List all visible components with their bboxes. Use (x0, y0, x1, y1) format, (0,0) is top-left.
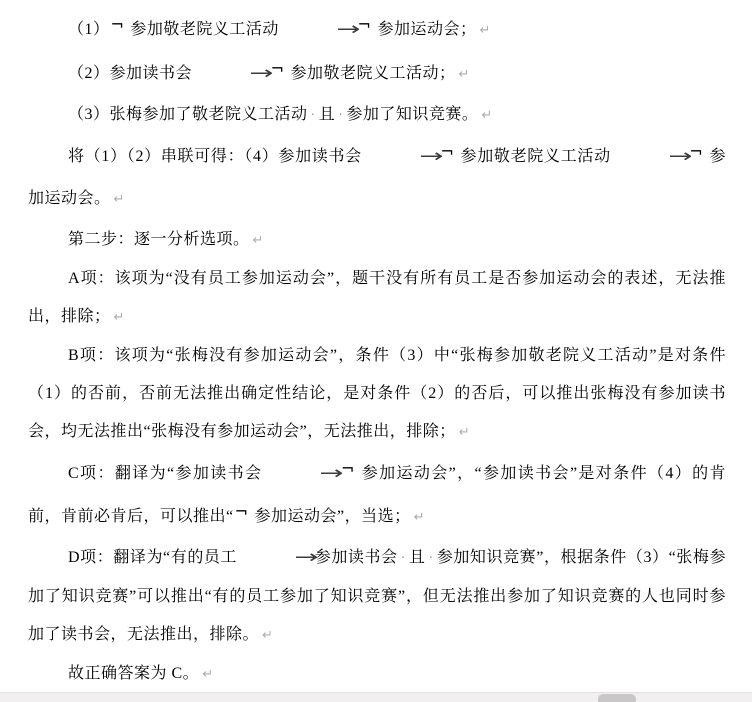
negation-symbol: ¬ (341, 459, 355, 478)
document-page: （1）¬参加敬老院义工活动→¬参加运动会；↵（2）参加读书会→¬参加敬老院义工活… (0, 0, 752, 702)
paragraph-mark: ↵ (202, 667, 213, 682)
text-run: 参加运动会”，当选； (255, 508, 411, 525)
paragraph-step-2: 第二步：逐一分析选项。↵ (28, 221, 726, 260)
paragraph-chain: 将（1）（2）串联可得：（4）参加读书会→¬参加敬老院义工活动→¬参加运动会。↵ (28, 135, 726, 221)
paragraph-mark: ↵ (253, 233, 264, 248)
paragraph-option-c: C项：翻译为“参加读书会→¬参加运动会”，“参加读书会”是对条件（4）的肯前，肯… (28, 452, 726, 539)
paragraph-mark: ↵ (262, 628, 273, 643)
text-run: C项：翻译为“参加读书会 (68, 465, 262, 482)
implies-arrow-icon: → (230, 539, 319, 577)
horizontal-scrollbar[interactable] (0, 692, 752, 702)
paragraph-cond-1: （1）¬参加敬老院义工活动→¬参加运动会；↵ (28, 8, 726, 52)
scrollbar-thumb[interactable] (598, 694, 636, 702)
paragraph-conclusion: 故正确答案为 C。↵ (28, 655, 726, 694)
negation-symbol: ¬ (235, 502, 249, 521)
paragraph-mark: ↵ (481, 108, 492, 123)
document-content: （1）¬参加敬老院义工活动→¬参加运动会；↵（2）参加读书会→¬参加敬老院义工活… (28, 8, 726, 694)
text-run: 且 (319, 106, 336, 123)
text-run: 参加敬老院义工活动 (130, 21, 279, 38)
space-dot: · (338, 108, 343, 123)
paragraph-mark: ↵ (414, 510, 425, 525)
implies-arrow-icon: → (185, 53, 274, 95)
text-run: 将（1）（2）串联可得：（4）参加读书会 (68, 148, 362, 165)
implies-arrow-icon: → (355, 136, 444, 178)
implies-arrow-icon: → (256, 453, 345, 495)
paragraph-cond-2: （2）参加读书会→¬参加敬老院义工活动；↵ (28, 52, 726, 96)
paragraph-option-b: B项：该项为“张梅没有参加运动会”，条件（3）中“张梅参加敬老院义工活动”是对条… (28, 337, 726, 452)
text-run: D项：翻译为“有的员工 (68, 549, 237, 566)
text-run: （1） (68, 21, 110, 38)
negation-symbol: ¬ (358, 15, 372, 34)
negation-symbol: ¬ (440, 142, 454, 161)
paragraph-mark: ↵ (114, 192, 125, 207)
text-run: 参加敬老院义工活动 (460, 148, 610, 165)
text-run: 且 (409, 549, 426, 566)
negation-symbol: ¬ (271, 59, 285, 78)
text-run: A项：该项为“没有员工参加运动会”，题干没有所有员工是否参加运动会的表述，无法推… (28, 270, 726, 325)
paragraph-mark: ↵ (459, 67, 470, 82)
paragraph-option-a: A项：该项为“没有员工参加运动会”，题干没有所有员工是否参加运动会的表述，无法推… (28, 260, 726, 337)
text-run: 参加运动会； (377, 21, 476, 38)
space-dot: · (311, 108, 316, 123)
paragraph-option-d: D项：翻译为“有的员工→参加读书会·且·参加知识竞赛”，根据条件（3）“张梅参加… (28, 539, 726, 655)
negation-symbol: ¬ (111, 15, 125, 34)
text-run: 故正确答案为 C。 (68, 665, 199, 682)
text-run: 参加读书会 (315, 549, 398, 566)
text-run: B项：该项为“张梅没有参加运动会”，条件（3）中“张梅参加敬老院义工活动”是对条… (28, 347, 726, 440)
text-run: 参加了知识竞赛。 (346, 106, 478, 123)
space-dot: · (429, 551, 434, 566)
paragraph-mark: ↵ (114, 310, 125, 325)
text-run: （3）张梅参加了敬老院义工活动 (68, 106, 308, 123)
text-run: （2）参加读书会 (68, 65, 192, 82)
paragraph-mark: ↵ (479, 23, 490, 38)
implies-arrow-icon: → (272, 9, 361, 51)
space-dot: · (401, 551, 406, 566)
implies-arrow-icon: → (604, 136, 693, 178)
text-run: 第二步：逐一分析选项。 (68, 231, 250, 248)
negation-symbol: ¬ (689, 142, 703, 161)
paragraph-mark: ↵ (459, 425, 470, 440)
paragraph-cond-3: （3）张梅参加了敬老院义工活动·且·参加了知识竞赛。↵ (28, 96, 726, 135)
text-run: 参加敬老院义工活动； (291, 65, 456, 82)
